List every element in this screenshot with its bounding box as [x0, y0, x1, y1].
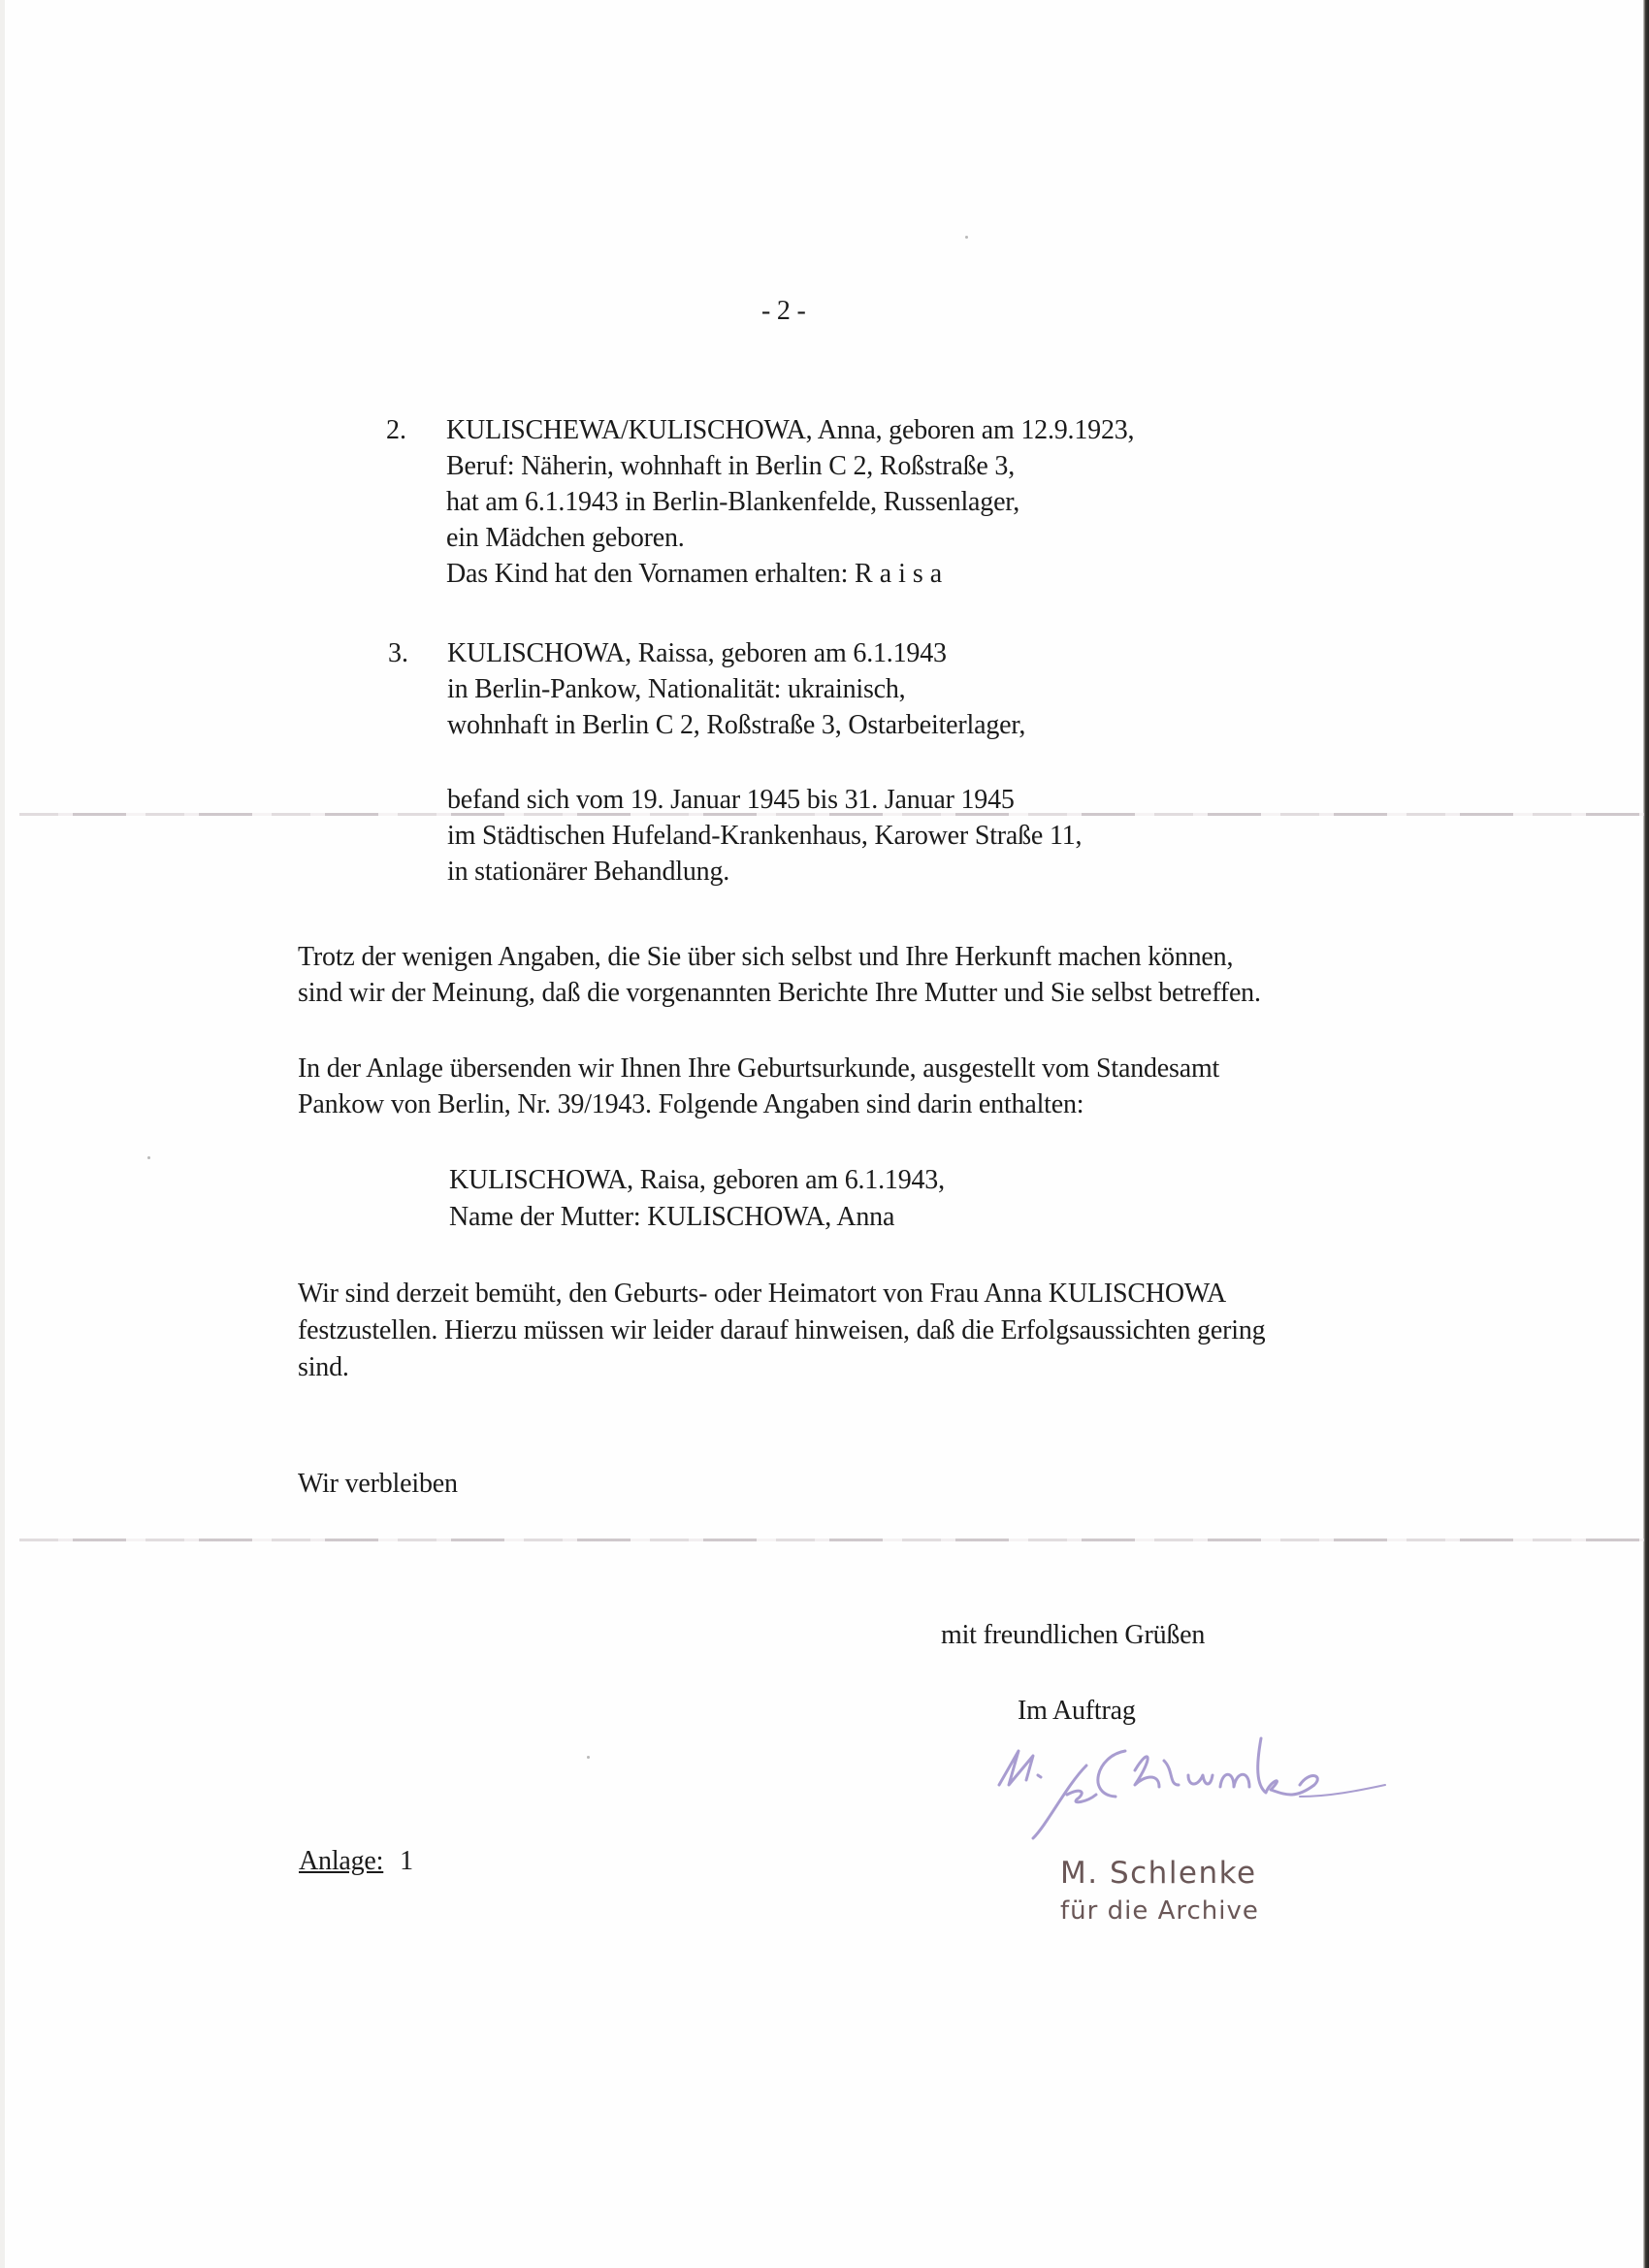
- stamp-name: M. Schlenke: [1060, 1856, 1257, 1891]
- scan-speck: [587, 1756, 590, 1759]
- on-behalf: Im Auftrag: [1018, 1693, 1136, 1729]
- entry-line: KULISCHEWA/KULISCHOWA, Anna, geboren am …: [446, 412, 1134, 448]
- paragraph-line: Trotz der wenigen Angaben, die Sie über …: [298, 939, 1233, 975]
- certificate-line: Name der Mutter: KULISCHOWA, Anna: [449, 1199, 894, 1235]
- fold-line: [19, 1539, 1644, 1541]
- entry-line: KULISCHOWA, Raissa, geboren am 6.1.1943: [447, 635, 947, 671]
- child-name-label: Das Kind hat den Vornamen erhalten:: [446, 559, 848, 589]
- entry-number: 3.: [388, 635, 408, 671]
- handwritten-signature: [980, 1727, 1387, 1843]
- paragraph-line: sind wir der Meinung, daß die vorgenannt…: [298, 975, 1261, 1011]
- greeting: mit freundlichen Grüßen: [941, 1617, 1205, 1653]
- stamp-organization: für die Archive: [1060, 1896, 1259, 1926]
- child-name-spaced: Raisa: [855, 559, 949, 589]
- scan-left-edge: [0, 0, 5, 2268]
- scan-speck: [965, 236, 968, 239]
- attachment-label: Anlage:: [299, 1846, 383, 1876]
- entry-line: in stationärer Behandlung.: [447, 854, 729, 890]
- entry-line: im Städtischen Hufeland-Krankenhaus, Kar…: [447, 818, 1082, 854]
- scan-speck: [147, 1156, 150, 1159]
- paragraph-line: Wir sind derzeit bemüht, den Geburts- od…: [298, 1276, 1226, 1312]
- attachment-note: Anlage: 1: [299, 1843, 413, 1879]
- paragraph-line: festzustellen. Hierzu müssen wir leider …: [298, 1312, 1265, 1348]
- certificate-line: KULISCHOWA, Raisa, geboren am 6.1.1943,: [449, 1162, 945, 1198]
- entry-number: 2.: [386, 412, 406, 448]
- entry-line: befand sich vom 19. Januar 1945 bis 31. …: [447, 782, 1015, 818]
- entry-line: Beruf: Näherin, wohnhaft in Berlin C 2, …: [446, 448, 1015, 484]
- entry-line: hat am 6.1.1943 in Berlin-Blankenfelde, …: [446, 484, 1019, 520]
- entry-line: ein Mädchen geboren.: [446, 520, 685, 556]
- attachment-count: 1: [400, 1846, 413, 1876]
- page-number: - 2 -: [761, 293, 806, 329]
- paragraph-line: Pankow von Berlin, Nr. 39/1943. Folgende…: [298, 1086, 1083, 1122]
- child-name-line: Das Kind hat den Vornamen erhalten: Rais…: [446, 556, 949, 592]
- paragraph-line: In der Anlage übersenden wir Ihnen Ihre …: [298, 1051, 1219, 1086]
- entry-line: wohnhaft in Berlin C 2, Roßstraße 3, Ost…: [447, 707, 1025, 743]
- letter-page: - 2 - 2. KULISCHEWA/KULISCHOWA, Anna, ge…: [0, 0, 1649, 2268]
- paragraph-line: sind.: [298, 1349, 349, 1385]
- entry-line: in Berlin-Pankow, Nationalität: ukrainis…: [447, 671, 906, 707]
- scan-right-edge: [1643, 0, 1649, 2268]
- closing-remain: Wir verbleiben: [298, 1466, 458, 1502]
